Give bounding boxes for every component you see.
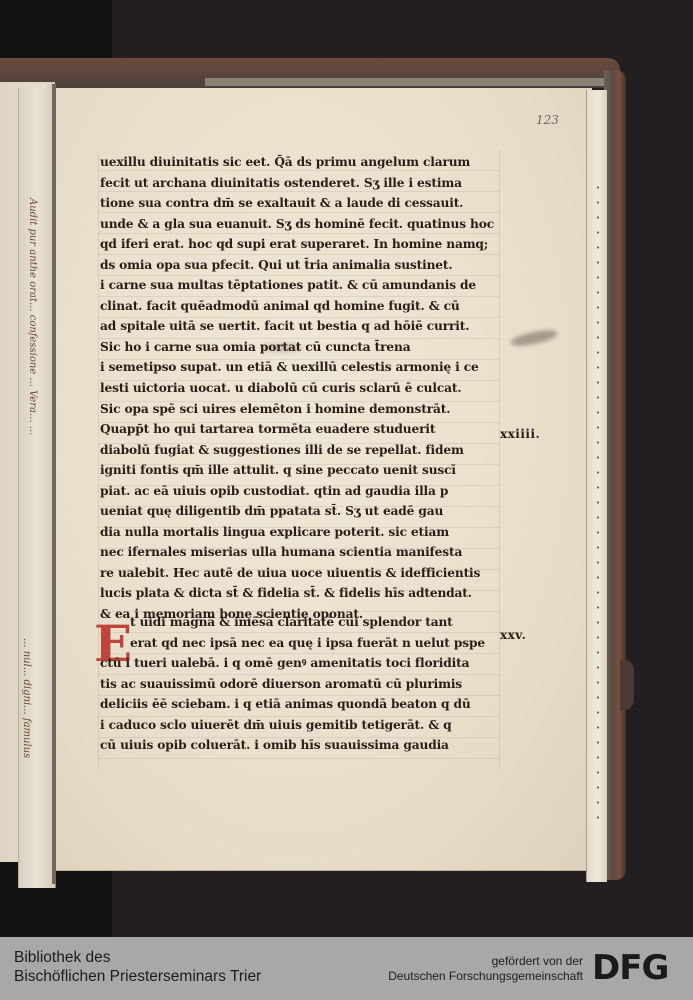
text-line: tis ac suauissimū odorē diuerson aromatū… [100,674,500,695]
dfg-logo: DFG [592,950,668,986]
text-line: piat. ac eā uiuis opib custodiat. qtin a… [100,481,500,502]
text-line: i caduco sclo uiuerēt dm̄ uiuis gemitib … [100,715,500,736]
text-line: dia nulla mortalis lingua explicare pote… [100,522,500,543]
library-name-line2: Bischöflichen Priesterseminars Trier [14,967,261,986]
text-line: erat qd nec ipsā nec ea quę i ipsa fuerā… [100,633,500,654]
funding-credit: gefördert von der Deutschen Forschungsge… [388,954,583,984]
text-line: unde & a gla sua euanuit. Sʒ ds hominē f… [100,214,500,235]
folio-outer-edge [586,90,607,882]
funding-line1: gefördert von der [388,954,583,969]
text-line: Sic ho i carne sua omia portat cū cuncta… [100,337,500,358]
text-line: Sic opa spē sci uires elemēton i homine … [100,399,500,420]
margin-note-2: ... nul... digni... famulus [21,638,32,758]
text-line: clinat. facit quēadmodū animal qd homine… [100,296,500,317]
text-line: igniti fontis qm̄ ille attulit. q sine p… [100,460,500,481]
binding-strip: Audit pur anthe orat... confessione ... … [18,88,56,888]
text-line: lesti uictoria uocat. u diabolū cū curis… [100,378,500,399]
text-block-1: uexillu diuinitatis sic eet. Q̄ā ds prim… [100,152,500,625]
book-cover-right-edge [604,70,626,880]
pricking-holes [597,180,599,820]
text-line: tione sua contra dm̄ se exaltauit & a la… [100,193,500,214]
text-line: deliciis ēē sciebam. i q etiā animas quo… [100,694,500,715]
text-line: ueniat quę diligentib dm̄ ppatata st̄. S… [100,501,500,522]
text-line: nec ifernales miserias ulla humana scien… [100,542,500,563]
viewer-footer: Bibliothek des Bischöflichen Priestersem… [0,937,693,1000]
chapter-number-xxv: xxv. [500,628,526,642]
funding-line2: Deutschen Forschungsgemeinschaft [388,969,583,984]
text-line: i semetipso supat. un etiā & uexillū cel… [100,357,500,378]
text-line: ad spitale uitā se uertit. facit ut best… [100,316,500,337]
chapter-number-xxiiii: xxiiii. [500,427,540,441]
text-line: qd iferi erat. hoc qd supi erat superare… [100,234,500,255]
text-line: fecit ut archana diuinitatis ostenderet.… [100,173,500,194]
text-line: ctū i tueri ualebā. i q omē genꝰ amenita… [100,653,500,674]
text-line: i carne sua multas tēptationes patit. & … [100,275,500,296]
text-line: cū uiuis opib coluerāt. i omib hīs suaui… [100,735,500,756]
text-line: re ualebit. Hec autē de uiua uoce uiuent… [100,563,500,584]
cover-clasp-tab [620,660,634,710]
cover-strip [205,78,605,86]
library-name-line1: Bibliothek des [14,948,261,967]
text-block-2: t uidi magnā & imēsā claritatē cui splen… [100,612,500,756]
text-line: ds omia opa sua pfecit. Qui ut t̄ria ani… [100,255,500,276]
text-line: uexillu diuinitatis sic eet. Q̄ā ds prim… [100,152,500,173]
text-line: t uidi magnā & imēsā claritatē cui splen… [100,612,500,633]
text-line: Quapp̄t ho qui tartarea tormēta euadere … [100,419,500,440]
margin-note-1: Audit pur anthe orat... confessione ... … [27,198,38,435]
text-line: lucis plata & dicta st̄ & fidelia st̄. &… [100,583,500,604]
text-line: diabolū fugiat & suggestiones illi de se… [100,440,500,461]
folio-number: 123 [536,113,559,127]
library-name: Bibliothek des Bischöflichen Priestersem… [14,948,261,986]
